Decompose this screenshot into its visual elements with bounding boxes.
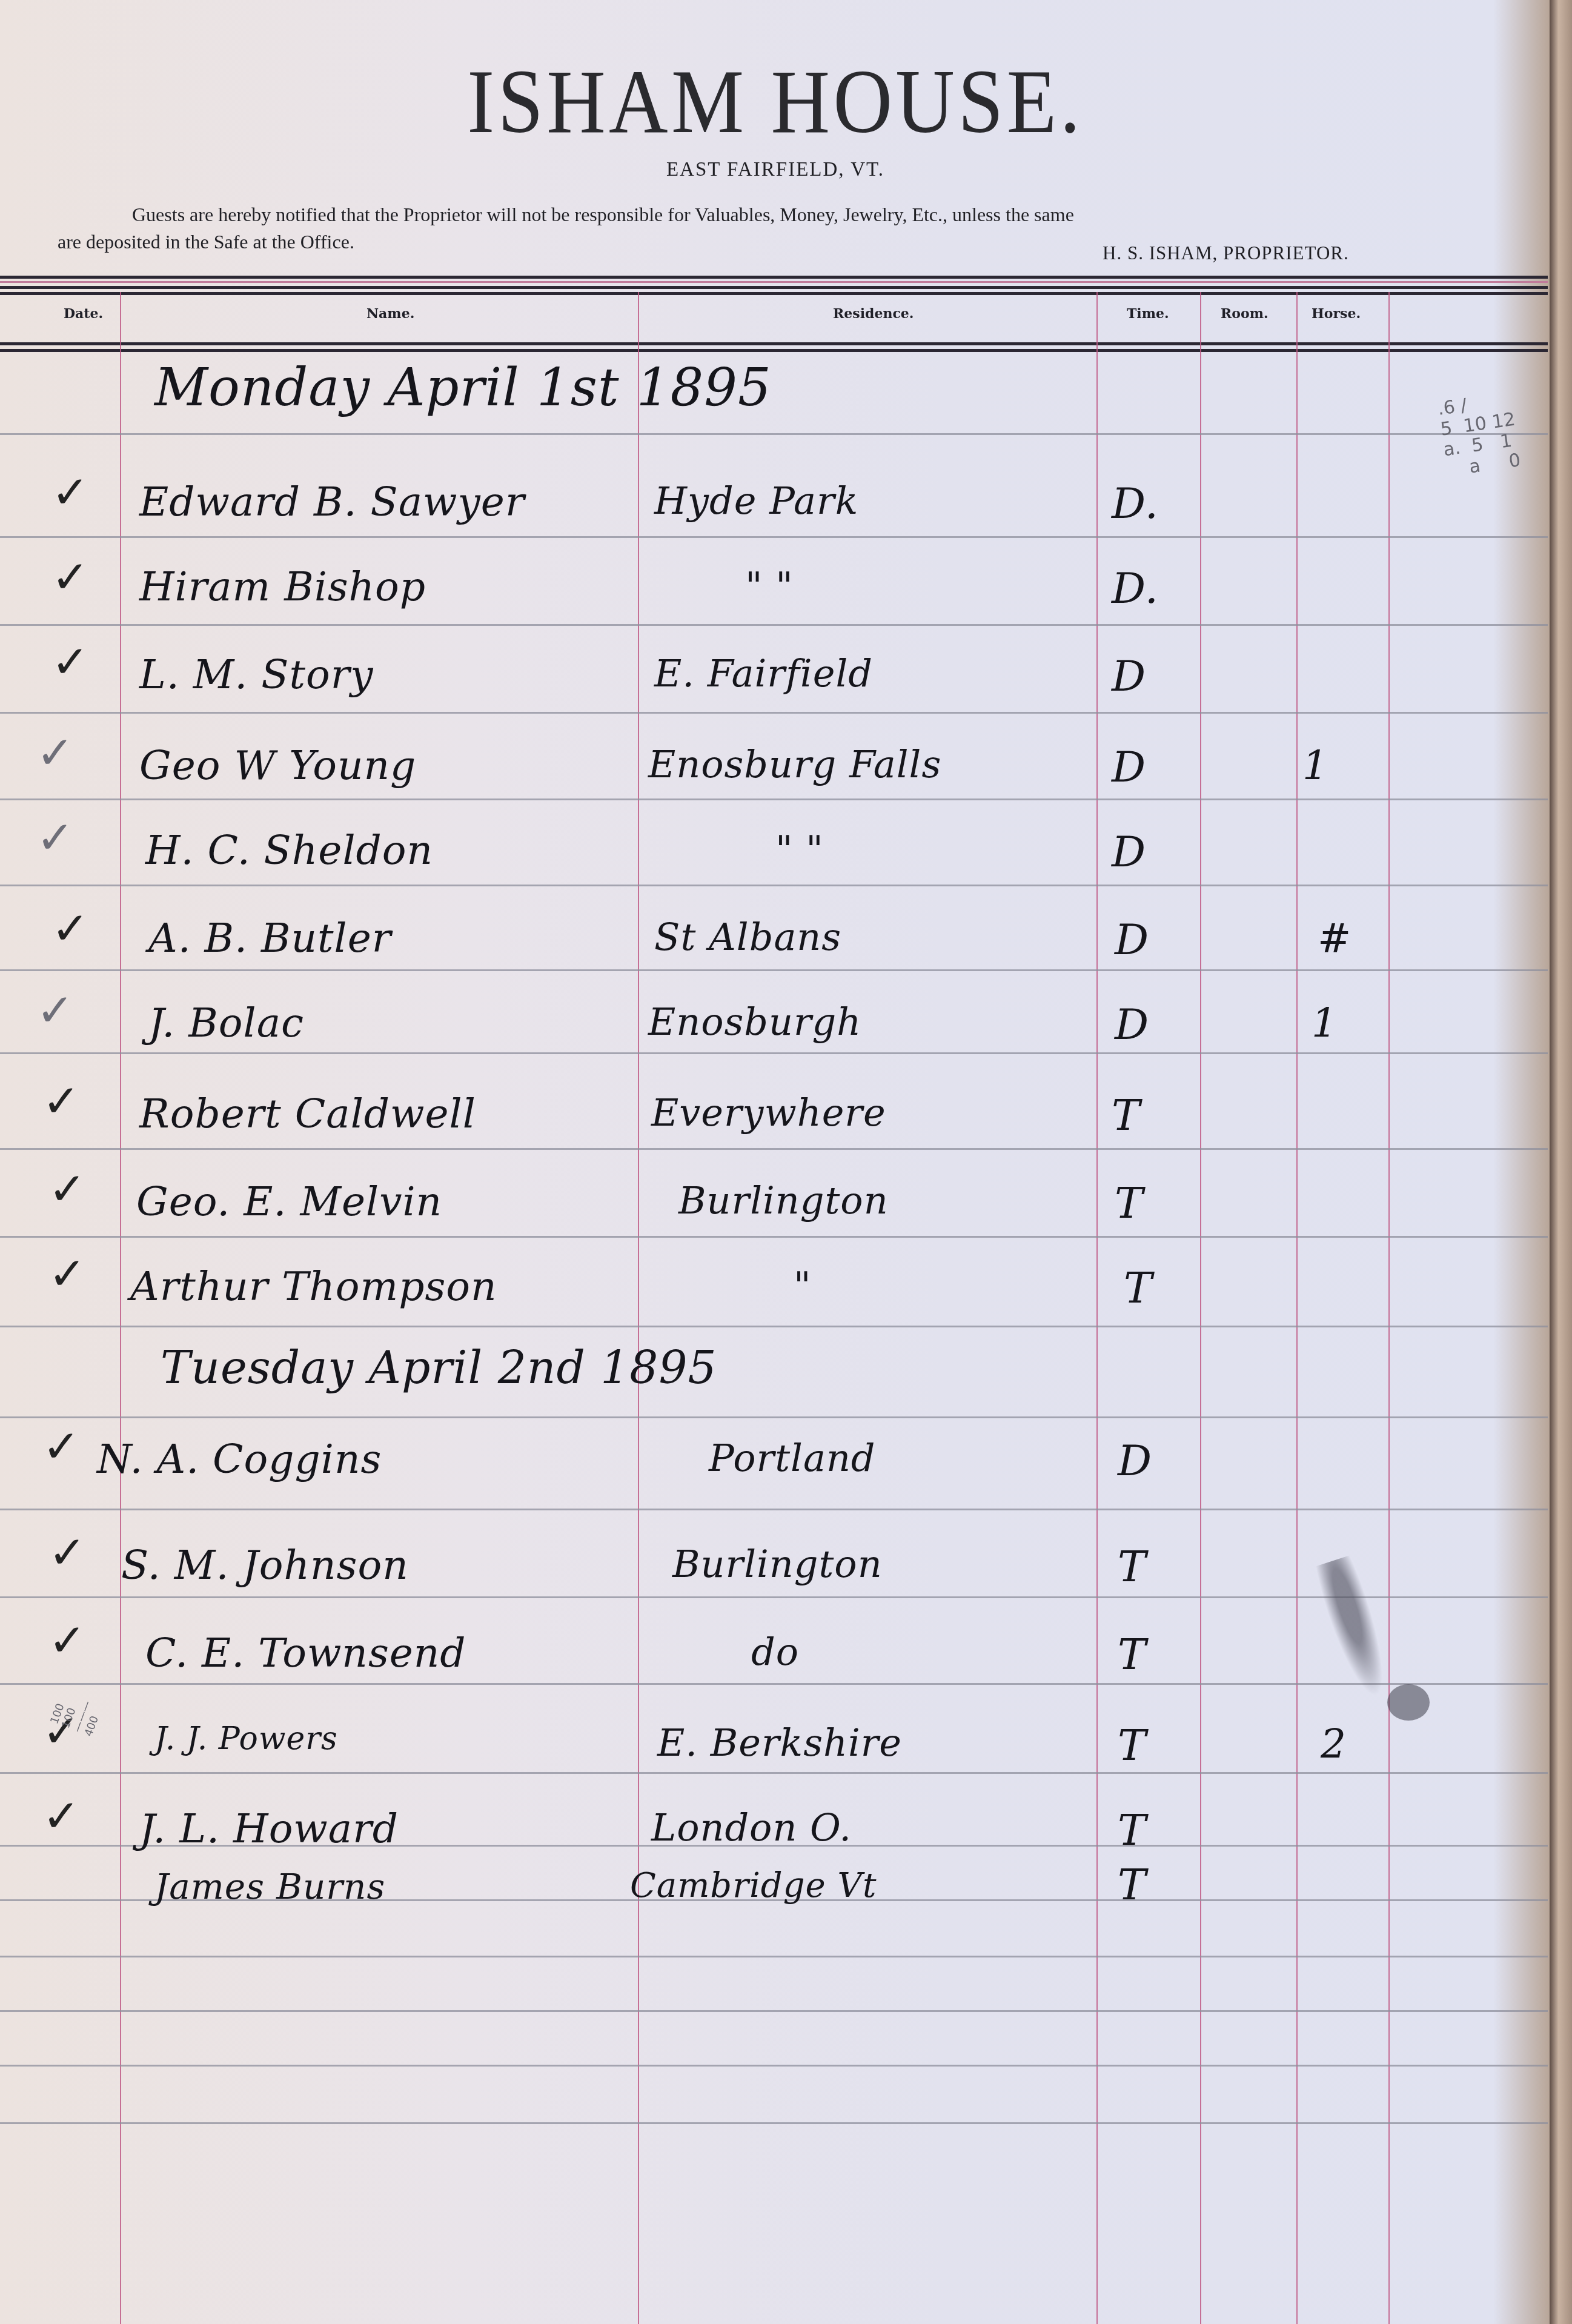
liability-notice-line2: are deposited in the Safe at the Office. bbox=[58, 231, 354, 253]
guest-name: S. M. Johnson bbox=[121, 1542, 409, 1589]
arrival-time: D bbox=[1118, 1436, 1152, 1486]
guest-residence: " " bbox=[775, 827, 824, 871]
column-divider bbox=[1388, 292, 1390, 2324]
header-rule bbox=[0, 292, 1548, 295]
arrival-time: D bbox=[1115, 1000, 1149, 1049]
guest-name: C. E. Townsend bbox=[145, 1630, 466, 1676]
ruled-line bbox=[0, 1416, 1548, 1418]
guest-name: Arthur Thompson bbox=[130, 1263, 497, 1310]
arrival-time: T bbox=[1115, 1178, 1144, 1228]
guest-name: N. A. Coggins bbox=[97, 1436, 382, 1482]
checkmark-icon: ✓ bbox=[51, 903, 90, 955]
guest-residence: E. Berkshire bbox=[657, 1721, 902, 1765]
ruled-line bbox=[0, 2010, 1548, 2012]
header-rule bbox=[0, 286, 1548, 289]
day-heading: Tuesday April 2nd 1895 bbox=[161, 1342, 717, 1394]
guest-residence: Enosburgh bbox=[648, 1000, 861, 1044]
arrival-time: T bbox=[1118, 1542, 1147, 1592]
checkmark-icon: ✓ bbox=[42, 1421, 81, 1473]
header-rule-pink bbox=[0, 281, 1548, 283]
guest-name: Edward B. Sawyer bbox=[139, 479, 525, 525]
ruled-line bbox=[0, 1683, 1548, 1685]
column-divider bbox=[1200, 292, 1201, 2324]
ruled-line bbox=[0, 885, 1548, 886]
ink-smudge bbox=[1387, 1684, 1430, 1721]
ruled-line bbox=[0, 2122, 1548, 2124]
checkmark-icon: ✓ bbox=[42, 1790, 81, 1842]
guest-residence: E. Fairfield bbox=[654, 651, 873, 696]
ruled-line bbox=[0, 536, 1548, 538]
checkmark-icon: ✓ bbox=[36, 812, 75, 864]
ruled-line bbox=[0, 433, 1548, 435]
horse-count: # bbox=[1318, 915, 1351, 961]
checkmark-icon: ✓ bbox=[36, 984, 75, 1037]
arrival-time: T bbox=[1118, 1860, 1147, 1910]
ruled-line bbox=[0, 1772, 1548, 1774]
arrival-time: T bbox=[1124, 1263, 1153, 1313]
ruled-line bbox=[0, 712, 1548, 714]
ruled-line bbox=[0, 624, 1548, 626]
checkmark-icon: ✓ bbox=[48, 1527, 87, 1579]
guest-name: J. Bolac bbox=[148, 1000, 304, 1046]
ruled-line bbox=[0, 1956, 1548, 1957]
day-heading: Monday April 1st 1895 bbox=[154, 357, 772, 418]
liability-notice-line1: Guests are hereby notified that the Prop… bbox=[132, 204, 1074, 226]
guest-residence: Hyde Park bbox=[654, 479, 858, 523]
ruled-line bbox=[0, 1148, 1548, 1150]
guest-residence: Everywhere bbox=[651, 1091, 886, 1135]
checkmark-icon: ✓ bbox=[51, 466, 90, 519]
column-header-date: Date. bbox=[64, 306, 103, 322]
guest-residence: Cambridge Vt bbox=[630, 1866, 877, 1905]
guest-name: L. M. Story bbox=[139, 651, 374, 698]
arrival-time: D. bbox=[1112, 563, 1159, 613]
checkmark-icon: ✓ bbox=[51, 636, 90, 688]
guest-name: Robert Caldwell bbox=[139, 1091, 476, 1137]
checkmark-icon: ✓ bbox=[48, 1163, 87, 1215]
arrival-time: D bbox=[1112, 827, 1146, 877]
guest-name: H. C. Sheldon bbox=[145, 827, 433, 874]
ruled-line bbox=[0, 2065, 1548, 2067]
header-rule-top bbox=[0, 276, 1548, 279]
column-divider bbox=[638, 292, 639, 2324]
column-header-name: Name. bbox=[366, 306, 414, 322]
guest-residence: Portland bbox=[709, 1436, 876, 1480]
guest-residence: do bbox=[751, 1630, 799, 1674]
ruled-line bbox=[0, 1236, 1548, 1238]
guest-residence: Enosburg Falls bbox=[648, 742, 941, 786]
hotel-location: EAST FAIRFIELD, VT. bbox=[0, 159, 1551, 181]
guest-residence: Burlington bbox=[678, 1178, 889, 1223]
horse-count: 1 bbox=[1312, 1000, 1338, 1046]
arrival-time: T bbox=[1118, 1805, 1147, 1855]
ruled-line bbox=[0, 1326, 1548, 1327]
guest-name: J. J. Powers bbox=[154, 1721, 338, 1757]
arrival-time: T bbox=[1112, 1091, 1141, 1140]
ruled-line bbox=[0, 1596, 1548, 1598]
column-header-residence: Residence. bbox=[833, 306, 914, 322]
arrival-time: D bbox=[1112, 742, 1146, 792]
guest-name: Geo W Young bbox=[139, 742, 416, 789]
arrival-time: D bbox=[1115, 915, 1149, 964]
horse-count: 2 bbox=[1321, 1721, 1347, 1767]
guest-name: J. L. Howard bbox=[139, 1805, 399, 1852]
checkmark-icon: ✓ bbox=[36, 727, 75, 779]
guest-residence: London O. bbox=[651, 1805, 852, 1850]
column-divider bbox=[120, 292, 121, 2324]
guest-residence: St Albans bbox=[654, 915, 841, 959]
guest-name: Geo. E. Melvin bbox=[136, 1178, 442, 1225]
guest-name: James Burns bbox=[154, 1866, 385, 1907]
pencil-calculation-note: .6 / 5 10 12 a. 5 1 a 0 bbox=[1436, 389, 1522, 481]
guest-name: Hiram Bishop bbox=[139, 563, 426, 610]
proprietor-name: H. S. ISHAM, PROPRIETOR. bbox=[1103, 242, 1349, 264]
arrival-time: D bbox=[1112, 651, 1146, 701]
checkmark-icon: ✓ bbox=[51, 551, 90, 603]
column-header-time: Time. bbox=[1127, 306, 1169, 322]
guest-residence: Burlington bbox=[672, 1542, 883, 1586]
arrival-time: T bbox=[1118, 1721, 1147, 1770]
hotel-title: ISHAM HOUSE. bbox=[78, 50, 1473, 154]
checkmark-icon: ✓ bbox=[42, 1075, 81, 1127]
ruled-line bbox=[0, 798, 1548, 800]
checkmark-icon: ✓ bbox=[48, 1615, 87, 1667]
arrival-time: D. bbox=[1112, 479, 1159, 528]
arrival-time: T bbox=[1118, 1630, 1147, 1679]
column-header-rule bbox=[0, 349, 1548, 352]
ruled-line bbox=[0, 969, 1548, 971]
horse-count: 1 bbox=[1302, 742, 1328, 789]
column-header-rule bbox=[0, 342, 1548, 345]
register-page: ISHAM HOUSE. EAST FAIRFIELD, VT. Guests … bbox=[0, 0, 1551, 2324]
column-divider bbox=[1296, 292, 1298, 2324]
ruled-line bbox=[0, 1052, 1548, 1054]
column-header-horse: Horse. bbox=[1312, 306, 1361, 322]
column-divider bbox=[1096, 292, 1098, 2324]
column-header-room: Room. bbox=[1221, 306, 1269, 322]
guest-name: A. B. Butler bbox=[148, 915, 391, 961]
guest-residence: " bbox=[794, 1263, 812, 1307]
checkmark-icon: ✓ bbox=[48, 1248, 87, 1300]
book-binding-edge bbox=[1550, 0, 1572, 2324]
guest-residence: " " bbox=[745, 563, 794, 608]
ruled-line bbox=[0, 1509, 1548, 1510]
